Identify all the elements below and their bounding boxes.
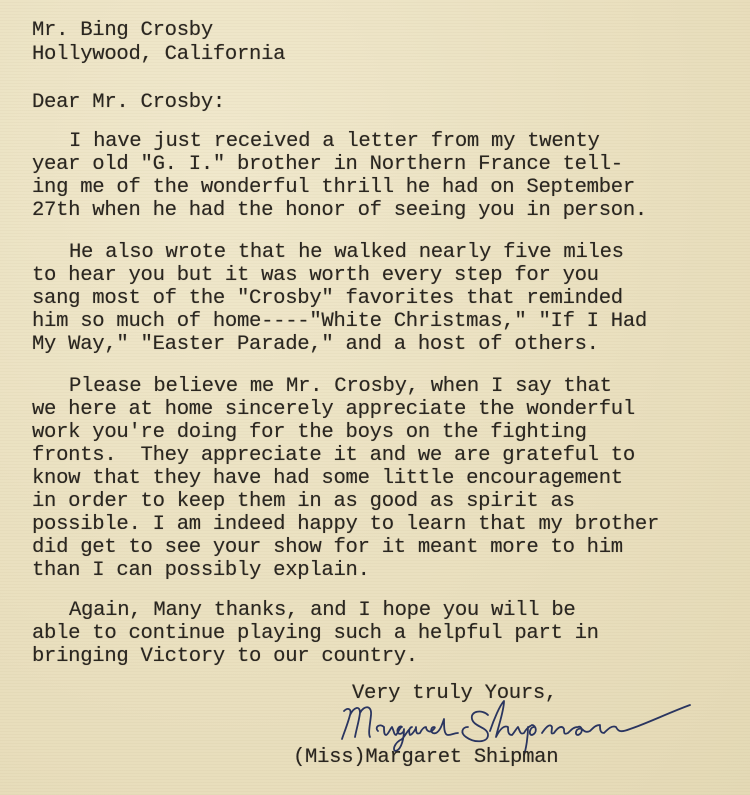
salutation: Dear Mr. Crosby: xyxy=(32,92,225,114)
paragraph-line: than I can possibly explain. xyxy=(32,560,370,582)
recipient-location: Hollywood, California xyxy=(32,44,285,66)
paragraph-line: sang most of the "Crosby" favorites that… xyxy=(32,288,623,310)
paragraph-line: him so much of home----"White Christmas,… xyxy=(32,311,647,333)
paragraph-line: 27th when he had the honor of seeing you… xyxy=(32,200,647,222)
paragraph-line: fronts. They appreciate it and we are gr… xyxy=(32,445,635,467)
paragraph-line: in order to keep them in as good as spir… xyxy=(32,491,575,513)
paragraph-line: able to continue playing such a helpful … xyxy=(32,623,599,645)
paragraph-line: year old "G. I." brother in Northern Fra… xyxy=(32,154,623,176)
paragraph-line: did get to see your show for it meant mo… xyxy=(32,537,623,559)
typed-name: (Miss)Margaret Shipman xyxy=(293,747,558,769)
paragraph-line: He also wrote that he walked nearly five… xyxy=(69,242,624,264)
paragraph-line: bringing Victory to our country. xyxy=(32,646,418,668)
paragraph-line: Please believe me Mr. Crosby, when I say… xyxy=(69,376,612,398)
paragraph-line: possible. I am indeed happy to learn tha… xyxy=(32,514,659,536)
paragraph-line: My Way," "Easter Parade," and a host of … xyxy=(32,334,599,356)
paragraph-line: I have just received a letter from my tw… xyxy=(69,131,600,153)
paragraph-line: Again, Many thanks, and I hope you will … xyxy=(69,600,575,622)
recipient-name: Mr. Bing Crosby xyxy=(32,20,213,42)
paragraph-line: know that they have had some little enco… xyxy=(32,468,623,490)
paragraph-line: work you're doing for the boys on the fi… xyxy=(32,422,587,444)
paragraph-line: we here at home sincerely appreciate the… xyxy=(32,399,635,421)
paragraph-line: ing me of the wonderful thrill he had on… xyxy=(32,177,635,199)
paragraph-line: to hear you but it was worth every step … xyxy=(32,265,599,287)
